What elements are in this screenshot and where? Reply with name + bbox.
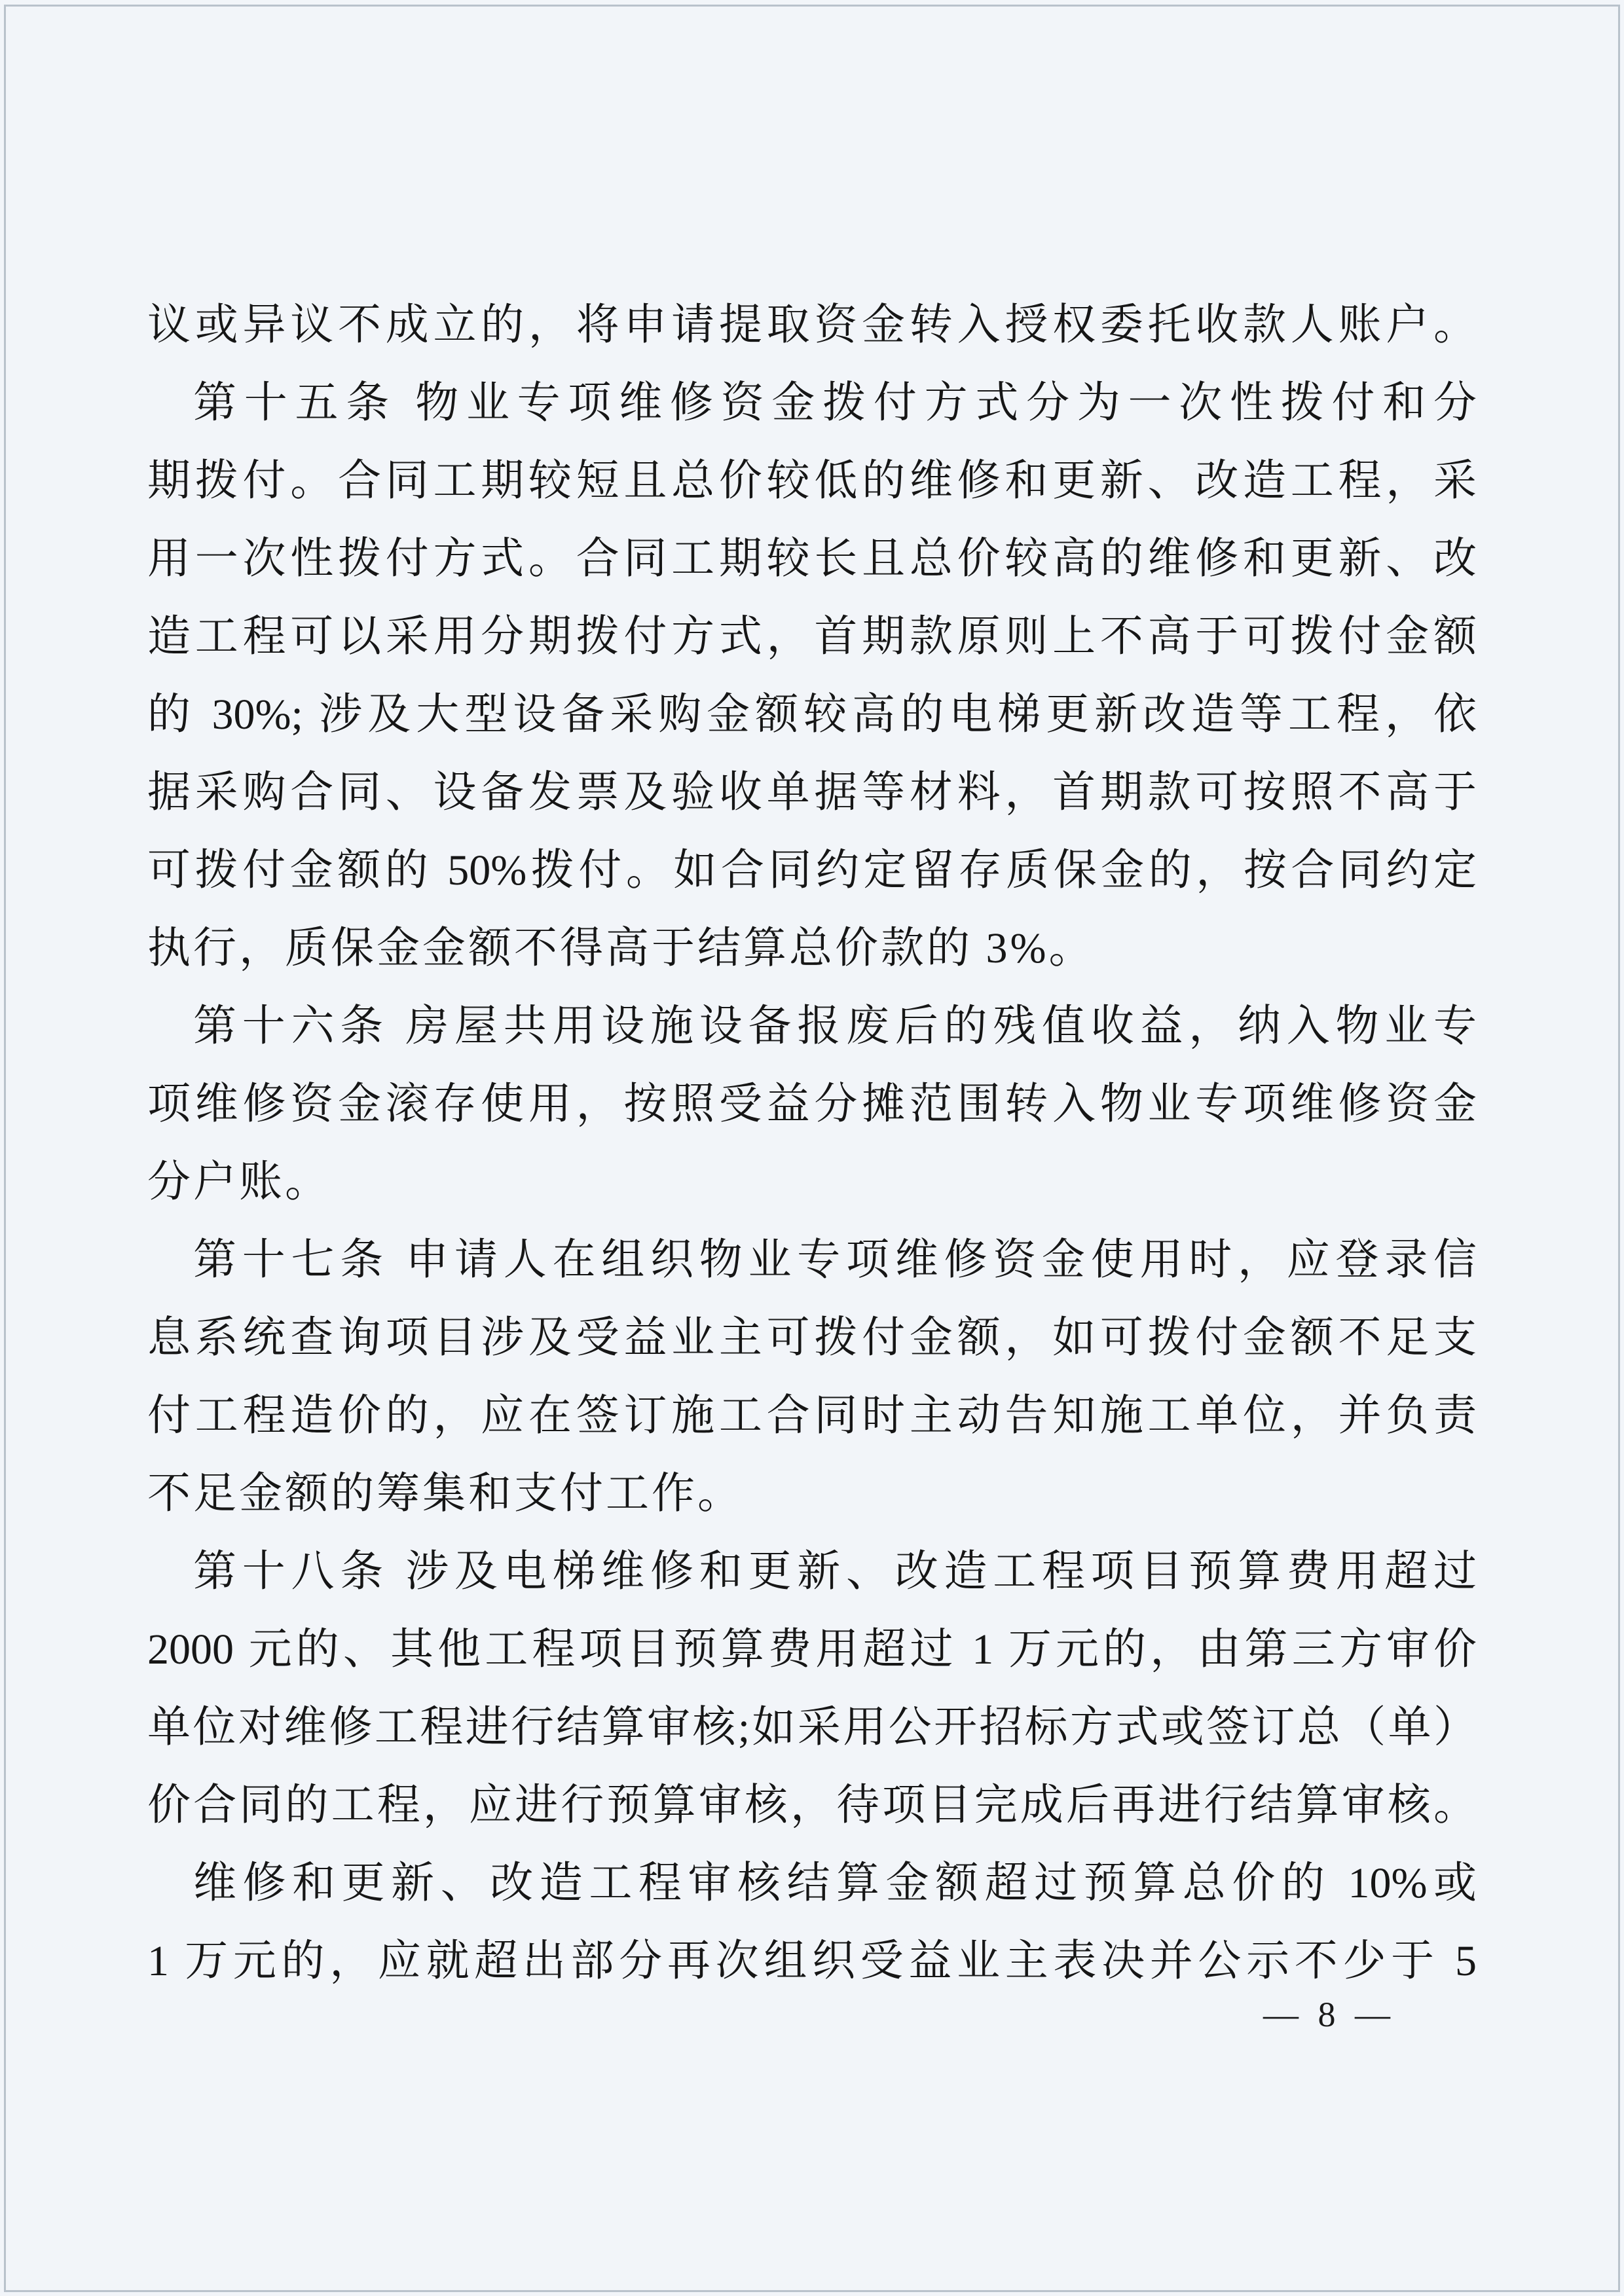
page-number: — 8 — <box>1231 1992 1428 2037</box>
document-body: 议或异议不成立的，将申请提取资金转入授权委托收款人账户。第十五条 物业专项维修资… <box>147 286 1477 2000</box>
text-line: 付工程造价的，应在签订施工合同时主动告知施工单位，并负责 <box>147 1377 1477 1455</box>
text-line: 第十八条 涉及电梯维修和更新、改造工程项目预算费用超过 <box>147 1533 1477 1611</box>
text-line: 议或异议不成立的，将申请提取资金转入授权委托收款人账户。 <box>147 286 1477 364</box>
text-line: 的 30%; 涉及大型设备采购金额较高的电梯更新改造等工程，依 <box>147 676 1477 754</box>
text-line: 2000 元的、其他工程项目预算费用超过 1 万元的，由第三方审价 <box>147 1611 1477 1688</box>
text-line: 第十六条 房屋共用设施设备报废后的残值收益，纳入物业专 <box>147 987 1477 1065</box>
text-line: 造工程可以采用分期拨付方式，首期款原则上不高于可拨付金额 <box>147 598 1477 676</box>
text-line: 不足金额的筹集和支付工作。 <box>147 1455 1477 1533</box>
text-line: 单位对维修工程进行结算审核;如采用公开招标方式或签订总（单） <box>147 1688 1477 1766</box>
text-line: 可拨付金额的 50%拨付。如合同约定留存质保金的，按合同约定 <box>147 831 1477 909</box>
scanned-page: 议或异议不成立的，将申请提取资金转入授权委托收款人账户。第十五条 物业专项维修资… <box>0 0 1624 2296</box>
text-line: 据采购合同、设备发票及验收单据等材料，首期款可按照不高于 <box>147 754 1477 831</box>
text-line: 项维修资金滚存使用，按照受益分摊范围转入物业专项维修资金 <box>147 1065 1477 1143</box>
text-line: 第十五条 物业专项维修资金拨付方式分为一次性拨付和分 <box>147 364 1477 442</box>
text-line: 期拨付。合同工期较短且总价较低的维修和更新、改造工程，采 <box>147 442 1477 520</box>
text-line: 分户账。 <box>147 1143 1477 1221</box>
text-line: 用一次性拨付方式。合同工期较长且总价较高的维修和更新、改 <box>147 520 1477 598</box>
text-line: 1 万元的，应就超出部分再次组织受益业主表决并公示不少于 5 <box>147 1922 1477 2000</box>
text-line: 维修和更新、改造工程审核结算金额超过预算总价的 10%或 <box>147 1844 1477 1922</box>
text-line: 息系统查询项目涉及受益业主可拨付金额，如可拨付金额不足支 <box>147 1299 1477 1377</box>
text-line: 第十七条 申请人在组织物业专项维修资金使用时，应登录信 <box>147 1221 1477 1299</box>
text-line: 执行，质保金金额不得高于结算总价款的 3%。 <box>147 909 1477 987</box>
text-line: 价合同的工程，应进行预算审核，待项目完成后再进行结算审核。 <box>147 1766 1477 1844</box>
